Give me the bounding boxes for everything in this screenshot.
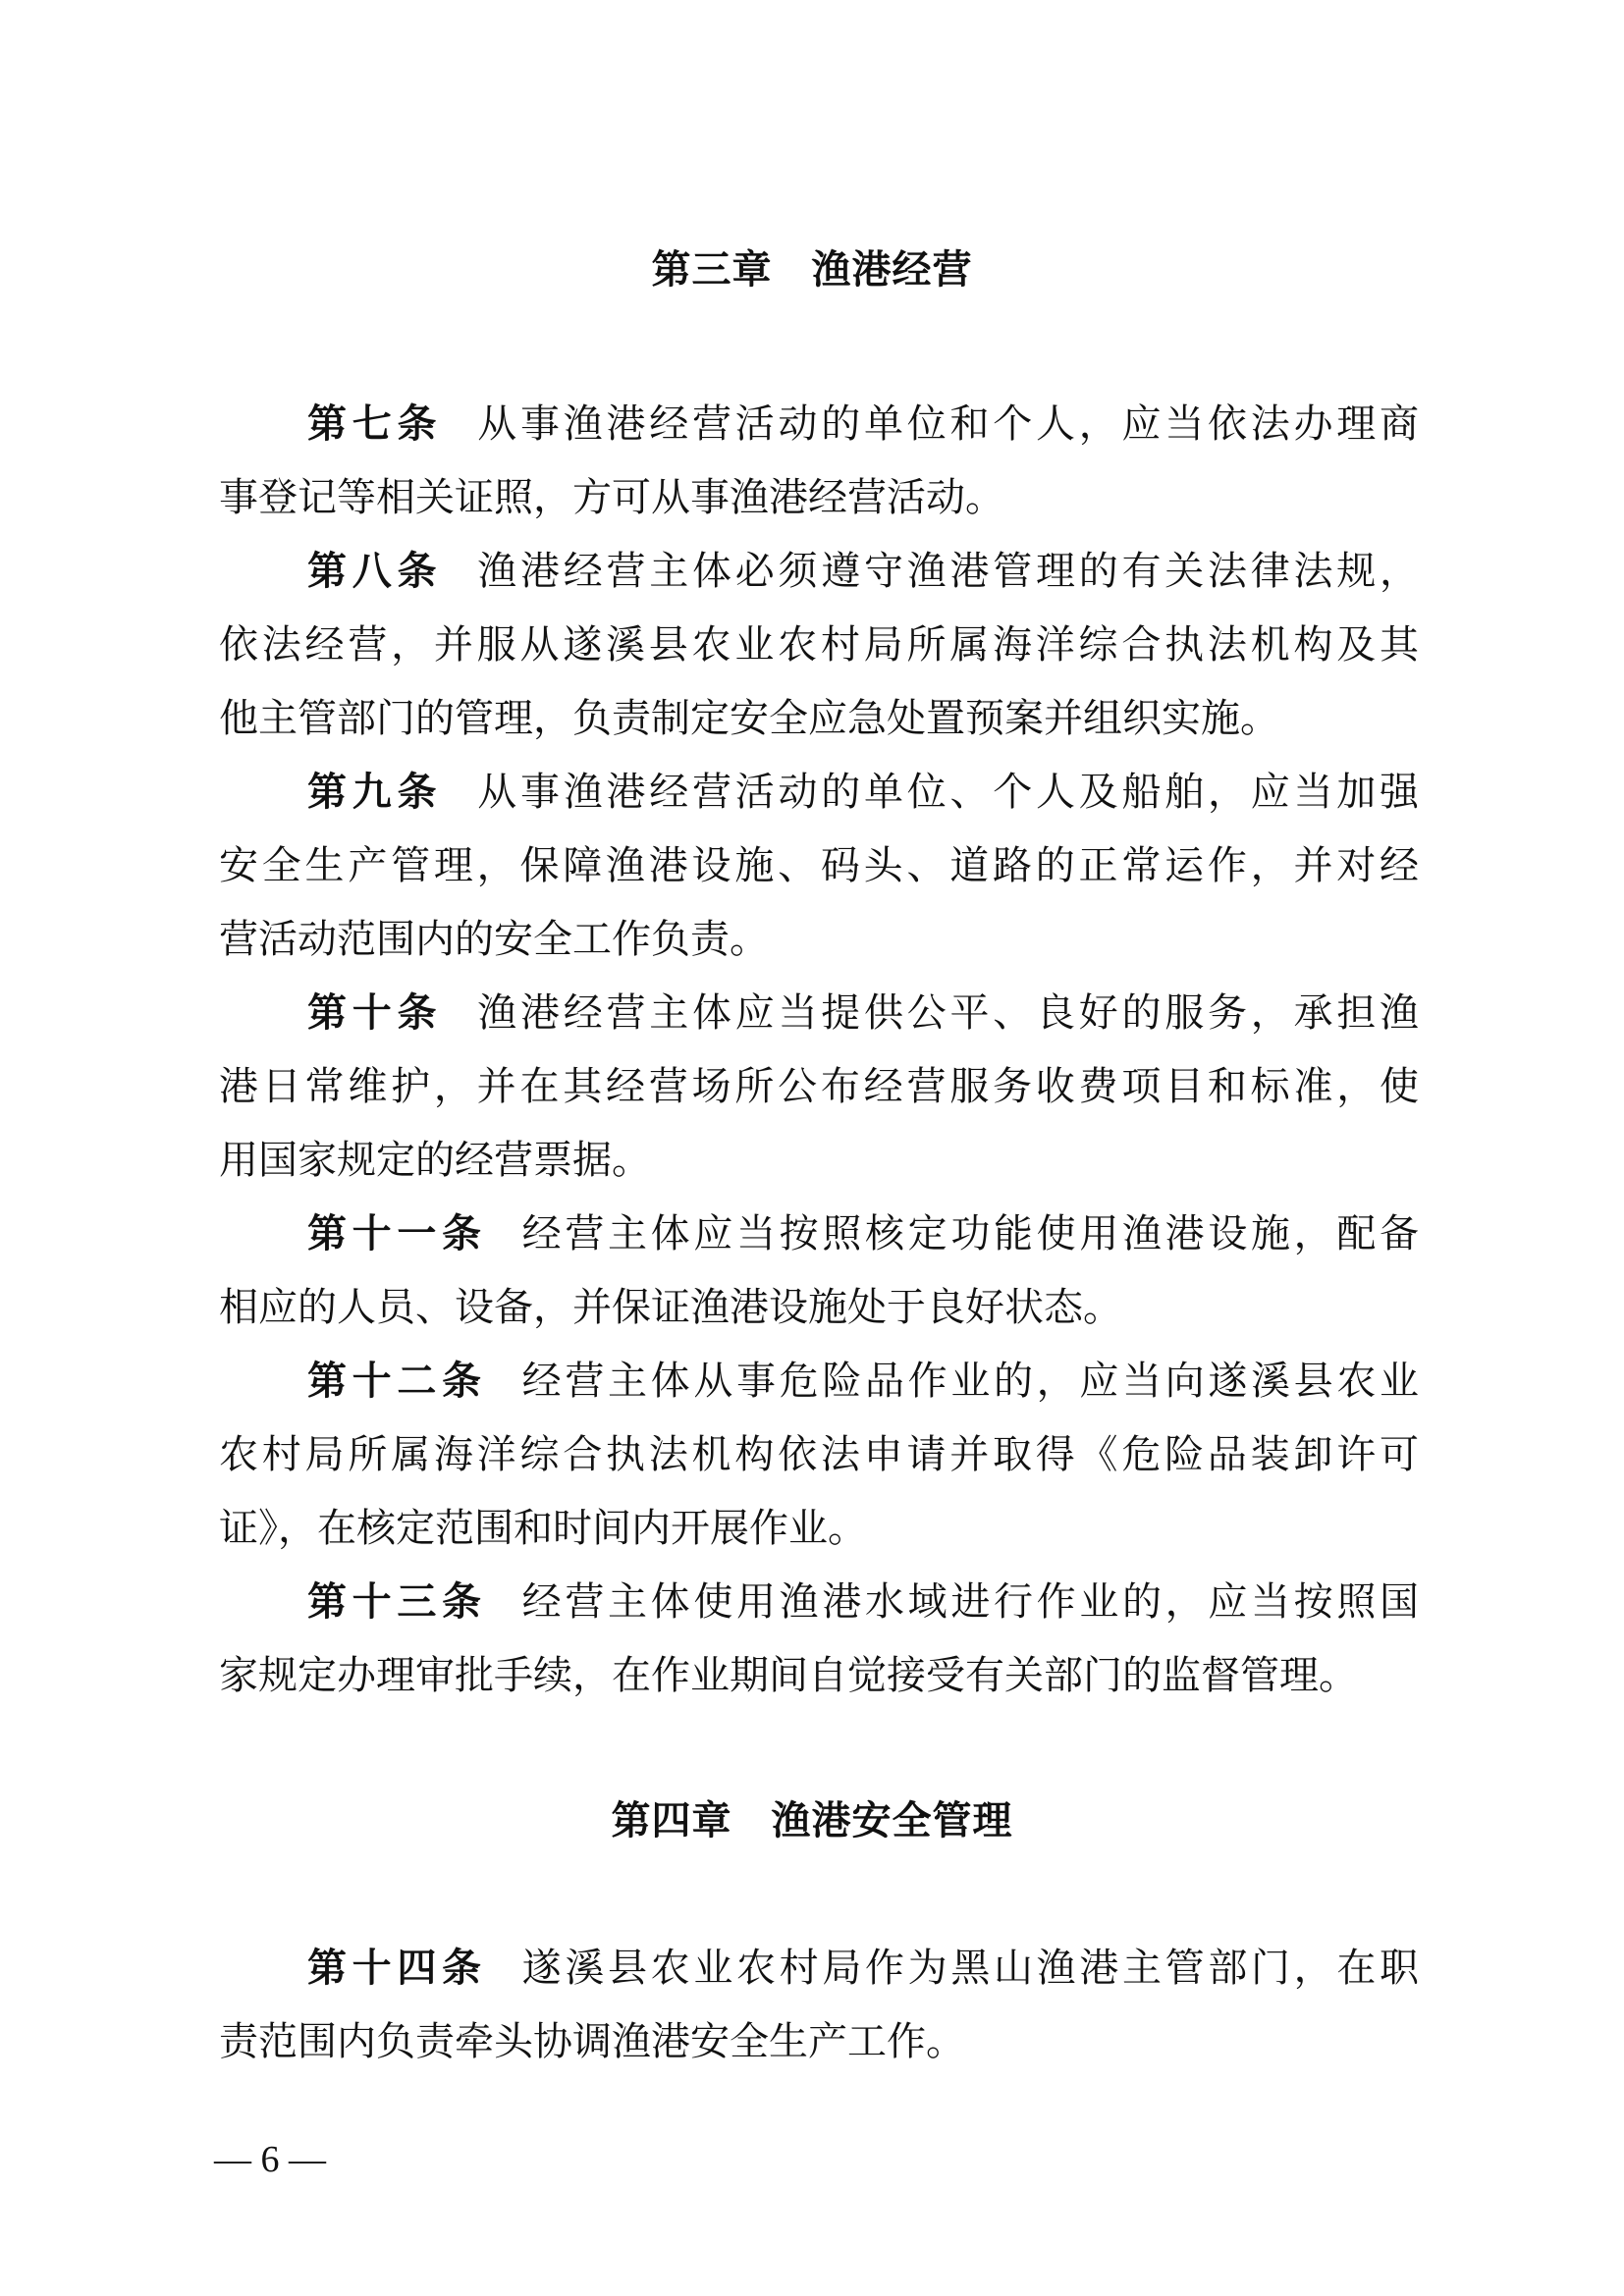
article-text: 证》，在核定范围和时间内开展作业。: [219, 1492, 1419, 1566]
article-label: 第十条: [307, 990, 442, 1036]
article-14: 第十四条遂溪县农业农村局作为黑山渔港主管部门，在职 责范围内负责牵头协调渔港安全…: [219, 1932, 1419, 2079]
article-text: 从事渔港经营活动的单位和个人，应当依法办理商: [477, 401, 1419, 447]
article-text: 责范围内负责牵头协调渔港安全生产工作。: [219, 2005, 1419, 2079]
article-text: 遂溪县农业农村局作为黑山渔港主管部门，在职: [522, 1946, 1419, 1991]
chapter-number: 第四章: [612, 1798, 732, 1843]
chapter-number: 第三章: [652, 247, 773, 293]
article-text: 依法经营，并服从遂溪县农业农村局所属海洋综合执法机构及其: [219, 609, 1419, 682]
article-8: 第八条渔港经营主体必须遵守渔港管理的有关法律法规， 依法经营，并服从遂溪县农业农…: [219, 535, 1419, 756]
chapter-title-4: 第四章渔港安全管理: [0, 1796, 1624, 1845]
page-number: — 6 —: [214, 2132, 326, 2187]
chapter-name: 渔港经营: [812, 247, 973, 293]
article-text: 事登记等相关证照，方可从事渔港经营活动。: [219, 461, 1419, 535]
chapter-name: 渔港安全管理: [772, 1798, 1013, 1843]
article-label: 第九条: [307, 770, 442, 815]
article-text: 他主管部门的管理，负责制定安全应急处置预案并组织实施。: [219, 682, 1419, 756]
article-13: 第十三条经营主体使用渔港水域进行作业的，应当按照国 家规定办理审批手续，在作业期…: [219, 1566, 1419, 1713]
article-12: 第十二条经营主体从事危险品作业的，应当向遂溪县农业 农村局所属海洋综合执法机构依…: [219, 1345, 1419, 1566]
article-label: 第十二条: [307, 1359, 487, 1404]
article-7: 第七条从事渔港经营活动的单位和个人，应当依法办理商 事登记等相关证照，方可从事渔…: [219, 388, 1419, 535]
article-10: 第十条渔港经营主体应当提供公平、良好的服务，承担渔 港日常维护，并在其经营场所公…: [219, 977, 1419, 1198]
article-text: 从事渔港经营活动的单位、个人及船舶，应当加强: [477, 770, 1419, 815]
article-text: 渔港经营主体应当提供公平、良好的服务，承担渔: [477, 990, 1419, 1036]
article-text: 经营主体从事危险品作业的，应当向遂溪县农业: [522, 1359, 1419, 1404]
article-text: 港日常维护，并在其经营场所公布经营服务收费项目和标准，使: [219, 1050, 1419, 1124]
article-text: 安全生产管理，保障渔港设施、码头、道路的正常运作，并对经: [219, 829, 1419, 903]
article-11: 第十一条经营主体应当按照核定功能使用渔港设施，配备 相应的人员、设备，并保证渔港…: [219, 1198, 1419, 1345]
article-text: 家规定办理审批手续，在作业期间自觉接受有关部门的监督管理。: [219, 1639, 1419, 1713]
article-label: 第七条: [307, 401, 442, 447]
article-9: 第九条从事渔港经营活动的单位、个人及船舶，应当加强 安全生产管理，保障渔港设施、…: [219, 756, 1419, 977]
chapter-title-3: 第三章渔港经营: [0, 245, 1624, 294]
article-text: 相应的人员、设备，并保证渔港设施处于良好状态。: [219, 1271, 1419, 1345]
article-label: 第十四条: [307, 1946, 487, 1991]
article-text: 经营主体使用渔港水域进行作业的，应当按照国: [522, 1579, 1419, 1625]
article-text: 用国家规定的经营票据。: [219, 1124, 1419, 1198]
article-text: 农村局所属海洋综合执法机构依法申请并取得《危险品装卸许可: [219, 1418, 1419, 1492]
article-label: 第八条: [307, 549, 442, 594]
article-text: 营活动范围内的安全工作负责。: [219, 903, 1419, 977]
article-label: 第十三条: [307, 1579, 487, 1625]
article-text: 渔港经营主体必须遵守渔港管理的有关法律法规，: [477, 549, 1419, 594]
article-text: 经营主体应当按照核定功能使用渔港设施，配备: [522, 1211, 1419, 1256]
article-label: 第十一条: [307, 1211, 487, 1256]
